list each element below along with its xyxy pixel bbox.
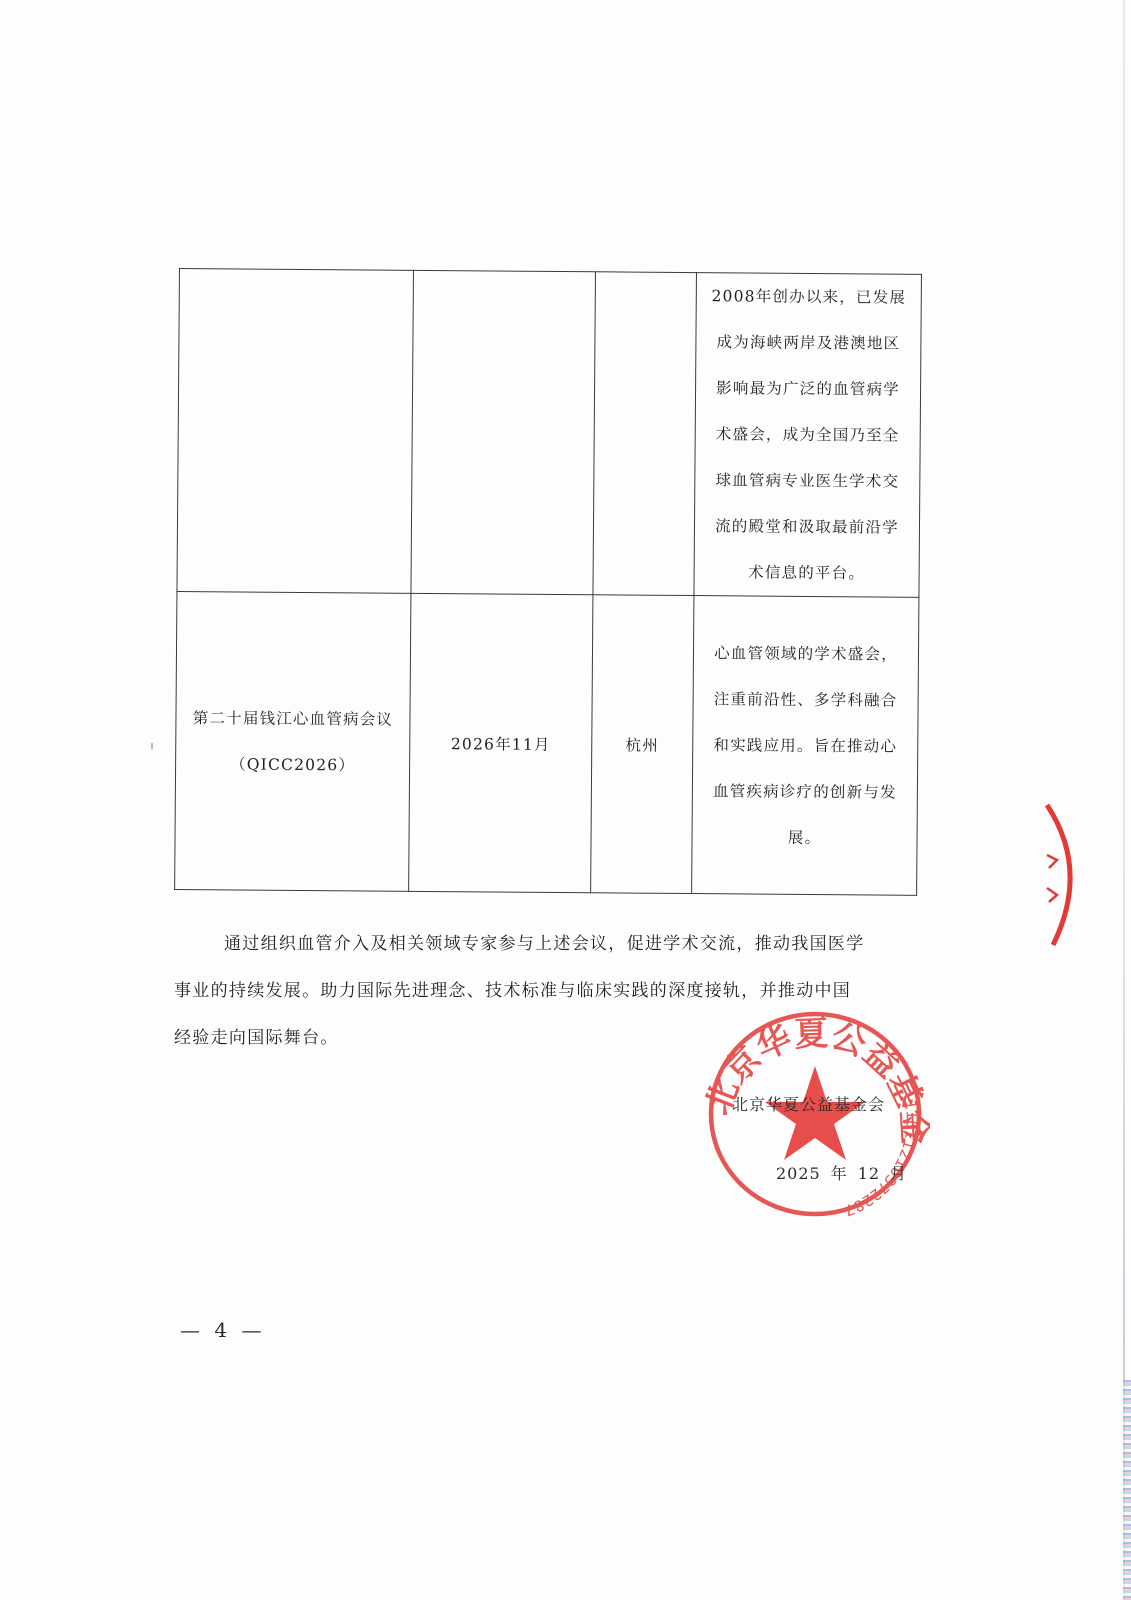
signature-month: 12	[858, 1164, 880, 1183]
conference-date-cell: 2026年11月	[409, 593, 593, 892]
conference-place-cell: 杭州	[591, 595, 694, 894]
description-line: 2008年创办以来，已发展	[705, 273, 913, 321]
signature-organization: 北京华夏公益基金会	[732, 1092, 885, 1115]
description-line: 展。	[700, 814, 908, 862]
signature-year: 2025	[776, 1164, 821, 1183]
description-line: 术盛会，成为全国乃至全	[704, 411, 912, 459]
description-line: 球血管病专业医生学术交	[703, 457, 911, 505]
description-line: 心血管领域的学术盛会，	[702, 630, 910, 678]
description-line: 血管疾病诊疗的创新与发	[701, 768, 909, 816]
svg-text:11011210372287: 11011210372287	[842, 1099, 921, 1220]
scan-edge	[1123, 0, 1125, 1600]
conference-name-cell: 第二十届钱江心血管病会议 （QICC2026）	[175, 591, 411, 891]
document-page: 2008年创办以来，已发展 成为海峡两岸及港澳地区 影响最为广泛的血管病学 术盛…	[0, 0, 1131, 1600]
description-line: 影响最为广泛的血管病学	[704, 365, 912, 413]
description-line: 和实践应用。旨在推动心	[701, 722, 909, 770]
table-row: 第二十届钱江心血管病会议 （QICC2026） 2026年11月 杭州 心血管领…	[175, 591, 919, 895]
description-line: 流的殿堂和汲取最前沿学	[703, 503, 911, 551]
seal-code: 11011210372287	[842, 1099, 921, 1220]
conference-name: 第二十届钱江心血管病会议	[176, 694, 409, 742]
signature-month-unit: 月	[890, 1164, 907, 1183]
conference-place-cell	[593, 272, 697, 596]
conference-description-cell: 心血管领域的学术盛会， 注重前沿性、多学科融合 和实践应用。旨在推动心 血管疾病…	[692, 596, 919, 896]
partial-seal-icon	[1035, 800, 1095, 950]
description-line: 术信息的平台。	[702, 549, 910, 597]
table-row: 2008年创办以来，已发展 成为海峡两岸及港澳地区 影响最为广泛的血管病学 术盛…	[177, 269, 922, 598]
page-number: — 4 —	[180, 1318, 265, 1342]
description-line: 注重前沿性、多学科融合	[701, 676, 909, 724]
scan-artifact	[1123, 1380, 1131, 1600]
paragraph-line: 通过组织血管介入及相关领域专家参与上述会议，促进学术交流，推动我国医学	[174, 921, 934, 968]
conference-abbreviation: （QICC2026）	[176, 740, 409, 788]
conference-description-cell: 2008年创办以来，已发展 成为海峡两岸及港澳地区 影响最为广泛的血管病学 术盛…	[694, 273, 922, 598]
signature-date: 2025年12月	[776, 1161, 917, 1184]
signature-year-unit: 年	[831, 1164, 848, 1183]
conference-date-cell	[411, 270, 596, 594]
conference-name-cell	[177, 269, 414, 594]
description-line: 成为海峡两岸及港澳地区	[704, 319, 912, 367]
scan-mark	[151, 743, 153, 749]
conference-table: 2008年创办以来，已发展 成为海峡两岸及港澳地区 影响最为广泛的血管病学 术盛…	[174, 268, 922, 896]
